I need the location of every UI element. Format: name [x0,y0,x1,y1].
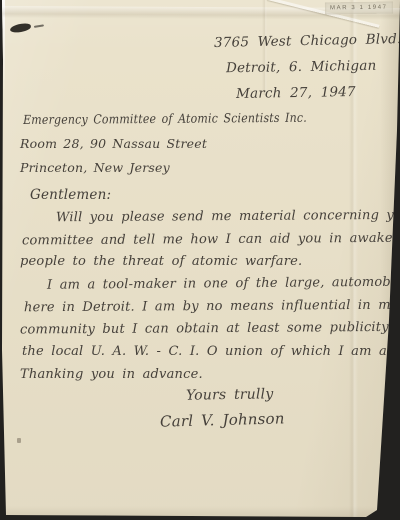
paper-shadow-bottom [0,506,400,520]
body-line: committee and tell me how I can aid you … [22,231,400,249]
letter-date: March 27, 1947 [236,84,356,102]
paper-shadow-right [380,0,400,520]
body-line: I am a tool-maker in one of the large, a… [47,274,400,293]
recipient-line: Room 28, 90 Nassau Street [20,136,207,151]
body-line: the local U. A. W. - C. I. O union of wh… [22,344,400,359]
fold-crease-vertical-right [349,0,358,520]
letter-paper: MAR 3 1 1947 3765 West Chicago Blvd. Det… [0,0,400,520]
sender-address-line: 3765 West Chicago Blvd. [214,31,400,51]
recipient-line: Princeton, New Jersey [20,160,170,175]
body-line: here in Detroit. I am by no means influe… [24,298,398,316]
ink-blot-mark [10,22,32,33]
letter-scan: MAR 3 1 1947 3765 West Chicago Blvd. Det… [0,0,400,520]
body-line: people to the threat of atomic warfare. [20,254,302,269]
body-line: Thanking you in advance. [20,367,203,382]
closing: Yours trully [186,386,274,404]
body-line: community but I can obtain at least some… [20,319,400,337]
body-line: Will you please send me material concern… [56,208,400,226]
received-date-stamp: MAR 3 1 1947 [325,2,393,15]
signature: Carl V. Johnson [160,409,285,430]
recipient-line: Emergency Committee of Atomic Scientists… [23,110,307,127]
paper-speck [17,438,21,443]
salutation: Gentlemen: [30,187,111,203]
sender-address-line: Detroit, 6. Michigan [226,58,377,77]
